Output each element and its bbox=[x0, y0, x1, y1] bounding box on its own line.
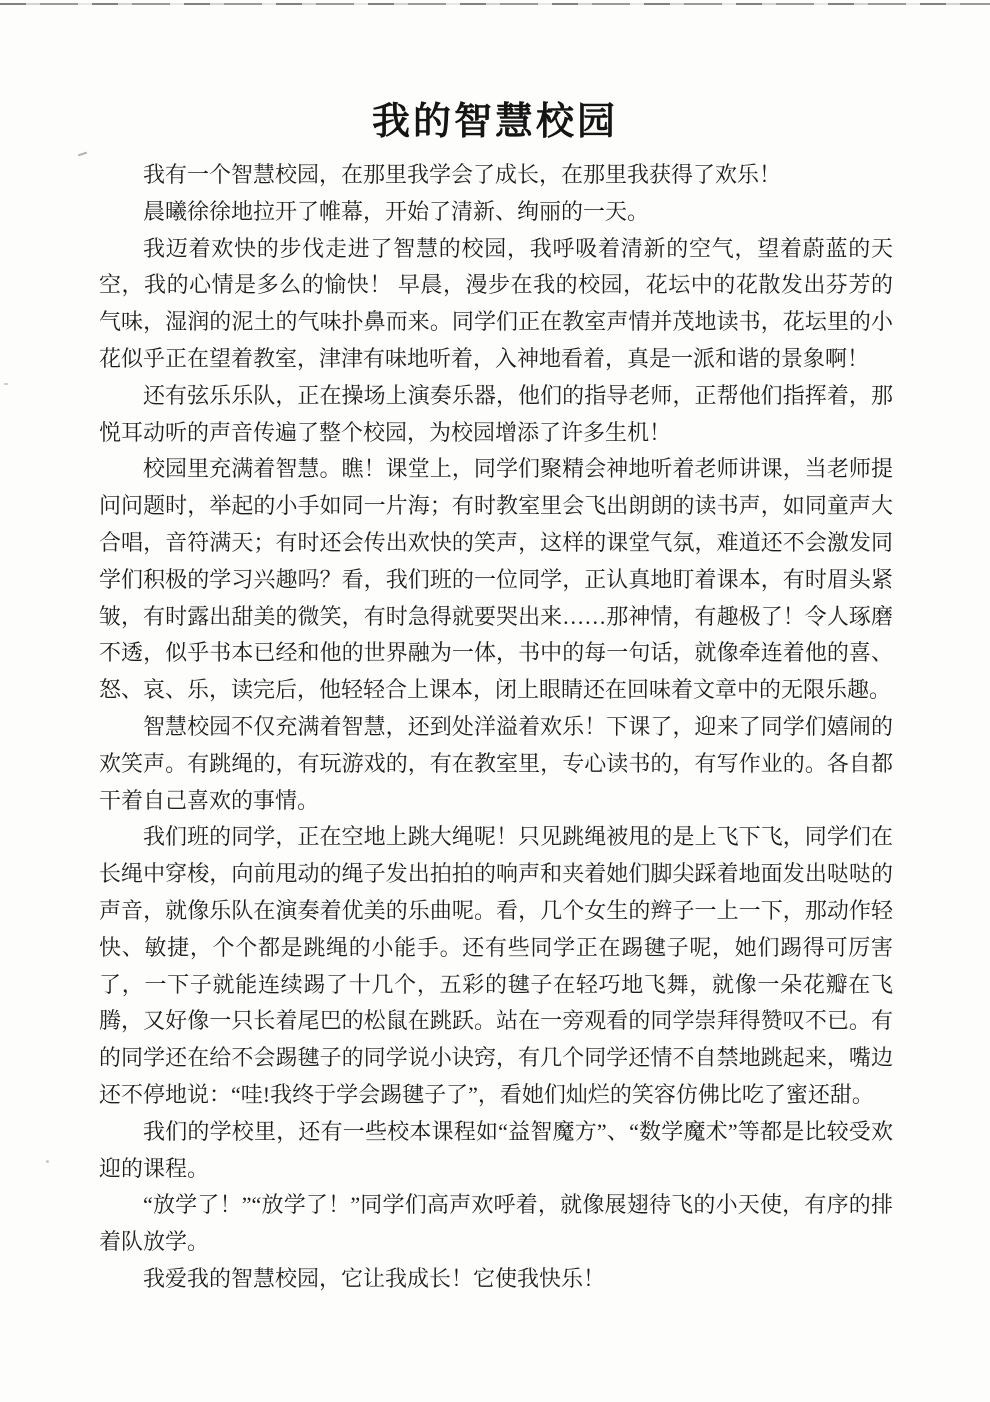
essay-body: 我有一个智慧校园，在那里我学会了成长，在那里我获得了欢乐！晨曦徐徐地拉开了帷幕，… bbox=[99, 157, 893, 1298]
essay-paragraph: 智慧校园不仅充满着智慧，还到处洋溢着欢乐！下课了，迎来了同学们嬉闹的欢笑声。有跳… bbox=[99, 709, 893, 819]
scanned-essay-page: 我的智慧校园 我有一个智慧校园，在那里我学会了成长，在那里我获得了欢乐！晨曦徐徐… bbox=[0, 0, 990, 1402]
essay-paragraph: 我迈着欢快的步伐走进了智慧的校园，我呼吸着清新的空气，望着蔚蓝的天空，我的心情是… bbox=[99, 231, 893, 378]
scan-artifact-top-edge bbox=[0, 3, 990, 5]
essay-paragraph: 还有弦乐乐队，正在操场上演奏乐器，他们的指导老师，正帮他们指挥着，那悦耳动听的声… bbox=[99, 378, 893, 452]
essay-paragraph: 晨曦徐徐地拉开了帷幕，开始了清新、绚丽的一天。 bbox=[99, 194, 893, 231]
essay-paragraph: 我们班的同学，正在空地上跳大绳呢！只见跳绳被甩的是上飞下飞，同学们在长绳中穿梭，… bbox=[99, 819, 893, 1113]
essay-title: 我的智慧校园 bbox=[0, 90, 990, 145]
essay-paragraph: 我有一个智慧校园，在那里我学会了成长，在那里我获得了欢乐！ bbox=[99, 157, 893, 194]
essay-paragraph: 校园里充满着智慧。瞧！课堂上，同学们聚精会神地听着老师讲课，当老师提问问题时，举… bbox=[99, 451, 893, 709]
scan-speck bbox=[46, 1160, 49, 1163]
essay-paragraph: “放学了！”“放学了！”同学们高声欢呼着，就像展翅待飞的小天使，有序的排着队放学… bbox=[99, 1187, 893, 1261]
essay-paragraph: 我爱我的智慧校园，它让我成长！它使我快乐！ bbox=[99, 1261, 893, 1298]
essay-paragraph: 我们的学校里，还有一些校本课程如“益智魔方”、“数学魔术”等都是比较受欢迎的课程… bbox=[99, 1114, 893, 1188]
scan-speck bbox=[78, 152, 87, 157]
scan-speck bbox=[4, 383, 8, 385]
